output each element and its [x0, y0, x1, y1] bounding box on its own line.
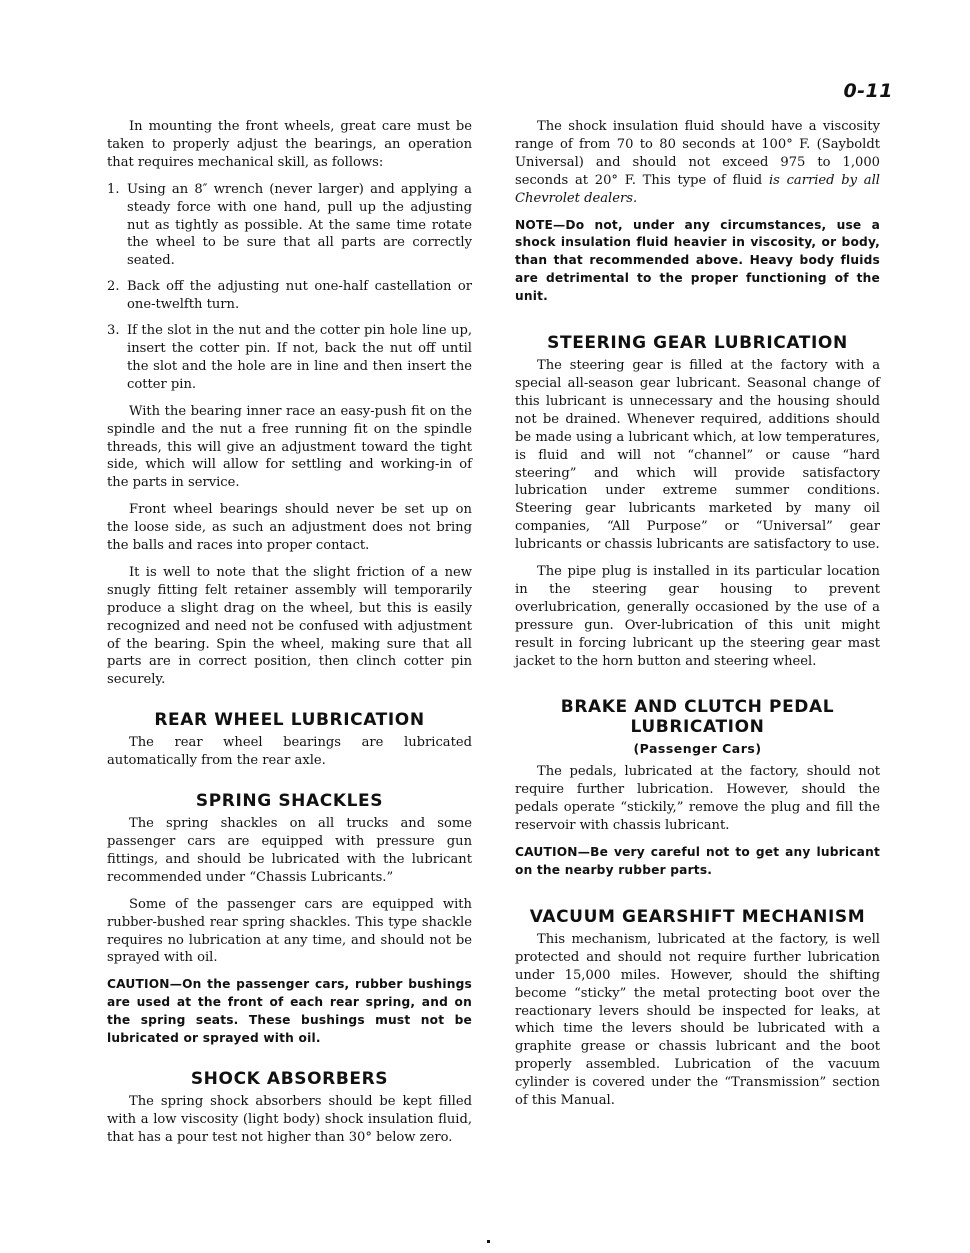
step-text: Back off the adjusting nut one-half cast…	[127, 279, 472, 312]
step-text: If the slot in the nut and the cotter pi…	[127, 323, 472, 392]
bearing-fit-paragraph: With the bearing inner race an easy-push…	[107, 403, 472, 493]
spring-shackles-caution: CAUTION—On the passenger cars, rubber bu…	[107, 976, 472, 1048]
spring-shackles-paragraph-1: The spring shackles on all trucks and so…	[107, 815, 472, 887]
spring-shackles-heading: SPRING SHACKLES	[107, 791, 472, 811]
felt-retainer-paragraph: It is well to note that the slight frict…	[107, 564, 472, 689]
step-text: Using an 8″ wrench (never larger) and ap…	[127, 182, 472, 269]
shock-absorbers-heading: SHOCK ABSORBERS	[107, 1069, 472, 1089]
steering-gear-heading: STEERING GEAR LUBRICATION	[515, 333, 880, 353]
loose-side-paragraph: Front wheel bearings should never be set…	[107, 501, 472, 555]
vacuum-gearshift-heading: VACUUM GEARSHIFT MECHANISM	[515, 907, 880, 927]
step-number: 3.	[107, 322, 120, 340]
brake-clutch-heading-line2: LUBRICATION	[515, 717, 880, 737]
page-number: 0-11	[843, 80, 893, 102]
step-item: 2.Back off the adjusting nut one-half ca…	[107, 278, 472, 314]
left-column: In mounting the front wheels, great care…	[107, 118, 472, 1156]
adjustment-steps: 1.Using an 8″ wrench (never larger) and …	[107, 181, 472, 394]
steering-gear-paragraph-2: The pipe plug is installed in its partic…	[515, 563, 880, 670]
brake-clutch-heading-line1: BRAKE AND CLUTCH PEDAL	[515, 697, 880, 717]
print-speck	[487, 1240, 490, 1243]
steering-gear-paragraph-1: The steering gear is filled at the facto…	[515, 357, 880, 554]
shock-fluid-note: NOTE—Do not, under any circumstances, us…	[515, 217, 880, 307]
step-number: 2.	[107, 278, 120, 296]
shock-fluid-paragraph: The shock insulation fluid should have a…	[515, 118, 880, 208]
brake-clutch-caution: CAUTION—Be very careful not to get any l…	[515, 844, 880, 880]
step-item: 3.If the slot in the nut and the cotter …	[107, 322, 472, 394]
rear-wheel-heading: REAR WHEEL LUBRICATION	[107, 710, 472, 730]
step-number: 1.	[107, 181, 120, 199]
shock-absorbers-paragraph: The spring shock absorbers should be kep…	[107, 1093, 472, 1147]
brake-clutch-paragraph: The pedals, lubricated at the factory, s…	[515, 763, 880, 835]
brake-clutch-subheading: (Passenger Cars)	[515, 741, 880, 756]
step-item: 1.Using an 8″ wrench (never larger) and …	[107, 181, 472, 271]
spring-shackles-paragraph-2: Some of the passenger cars are equipped …	[107, 896, 472, 968]
intro-paragraph: In mounting the front wheels, great care…	[107, 118, 472, 172]
vacuum-gearshift-paragraph: This mechanism, lubricated at the factor…	[515, 931, 880, 1110]
rear-wheel-paragraph: The rear wheel bearings are lubricated a…	[107, 734, 472, 770]
right-column: The shock insulation fluid should have a…	[515, 118, 880, 1119]
